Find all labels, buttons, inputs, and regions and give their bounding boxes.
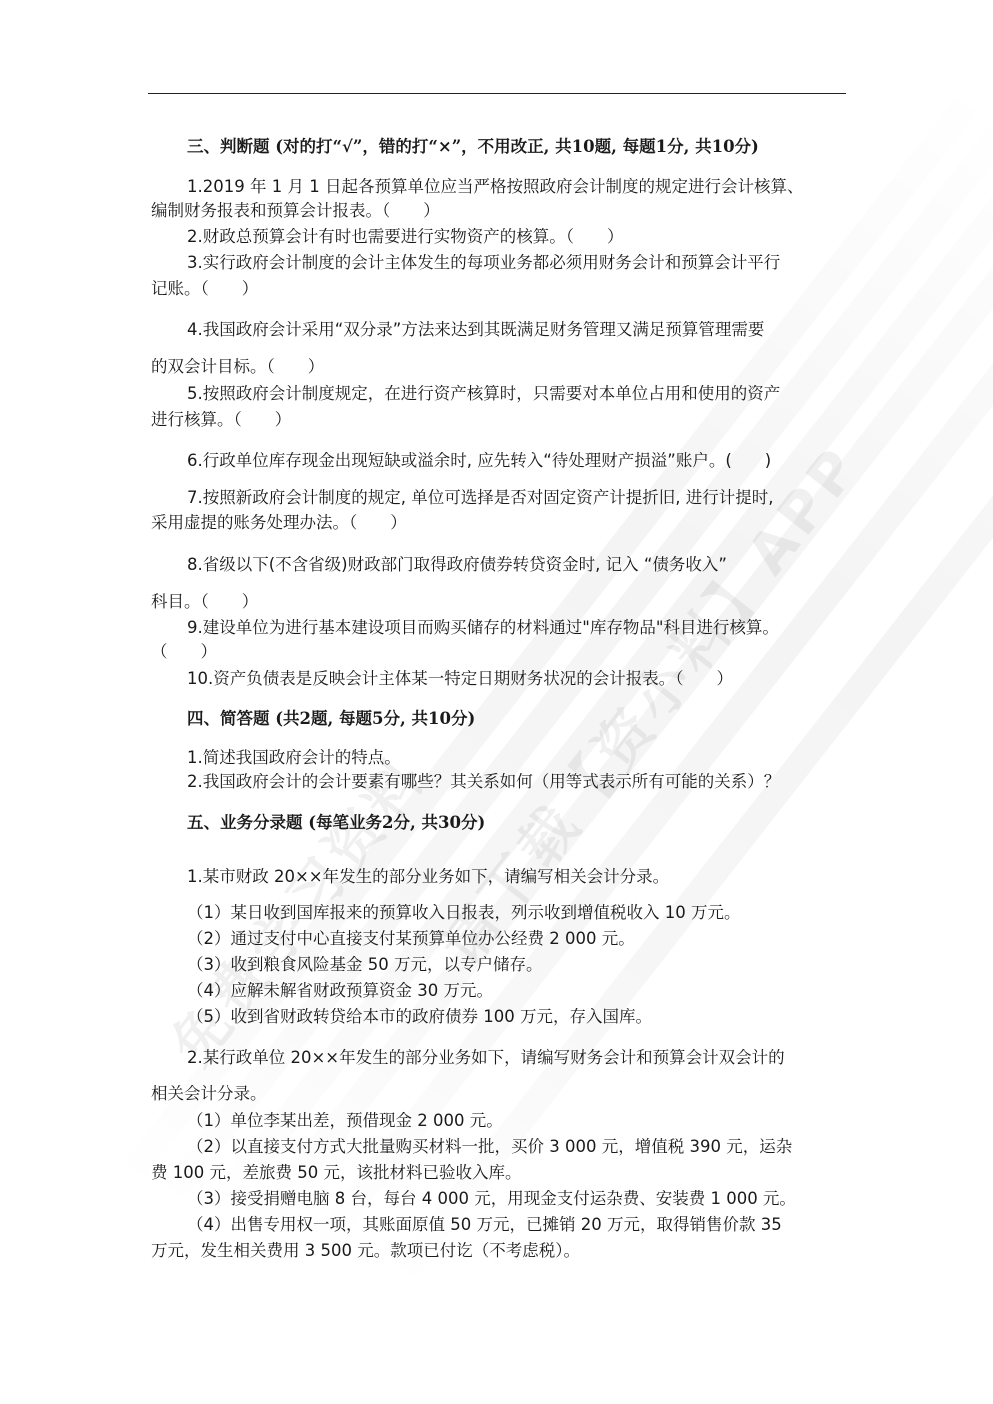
- question-5-line-2: 进行核算。（ ）: [151, 409, 291, 431]
- entry-2-item-3: （3）接受捐赠电脑 8 台，每台 4 000 元，用现金支付运杂费、安装费 1 …: [187, 1188, 796, 1210]
- entry-question-2-line-1: 2.某行政单位 20××年发生的部分业务如下，请编写财务会计和预算会计双会计的: [187, 1047, 785, 1069]
- question-9-line-2: （ ）: [151, 641, 217, 663]
- short-answer-2: 2.我国政府会计的会计要素有哪些？其关系如何（用等式表示所有可能的关系）？: [187, 771, 780, 793]
- section-heading-judgment: 三、判断题 (对的打“√”，错的打“×”，不用改正, 共10题, 每题1分, 共…: [187, 136, 759, 158]
- question-3-line-2: 记账。（ ）: [151, 278, 258, 300]
- question-5-line-1: 5.按照政府会计制度规定，在进行资产核算时，只需要对本单位占用和使用的资产: [187, 383, 780, 405]
- question-3-line-1: 3.实行政府会计制度的会计主体发生的每项业务都必须用财务会计和预算会计平行: [187, 252, 780, 274]
- section-heading-journal-entries: 五、业务分录题 (每笔业务2分, 共30分): [187, 812, 485, 834]
- question-2-line-1: 2.财政总预算会计有时也需要进行实物资产的核算。（ ）: [187, 226, 624, 248]
- entry-2-item-4-line-1: （4）出售专用权一项，其账面原值 50 万元，已摊销 20 万元，取得销售价款 …: [187, 1214, 782, 1236]
- question-1-line-1: 1.2019 年 1 月 1 日起各预算单位应当严格按照政府会计制度的规定进行会…: [187, 176, 803, 198]
- entry-1-item-4: （4）应解未解省财政预算资金 30 万元。: [187, 980, 493, 1002]
- entry-2-item-2-line-2: 费 100 元，差旅费 50 元，该批材料已验收入库。: [151, 1162, 521, 1184]
- question-7-line-2: 采用虚提的账务处理办法。（ ）: [151, 512, 407, 534]
- entry-1-item-3: （3）收到粮食风险基金 50 万元，以专户储存。: [187, 954, 542, 976]
- question-1-line-2: 编制财务报表和预算会计报表。（ ）: [151, 200, 440, 222]
- question-7-line-1: 7.按照新政府会计制度的规定, 单位可选择是否对固定资产计提折旧, 进行计提时,: [187, 487, 773, 509]
- entry-2-item-2-line-1: （2）以直接支付方式大批量购买材料一批，买价 3 000 元，增值税 390 元…: [187, 1136, 792, 1158]
- entry-2-item-4-line-2: 万元，发生相关费用 3 500 元。款项已付讫（不考虑税）。: [151, 1240, 580, 1262]
- question-4-line-1: 4.我国政府会计采用“双分录”方法来达到其既满足财务管理又满足预算管理需要: [187, 319, 764, 341]
- entry-question-1: 1.某市财政 20××年发生的部分业务如下，请编写相关会计分录。: [187, 866, 669, 888]
- question-8-line-2: 科目。（ ）: [151, 591, 258, 613]
- header-rule: [148, 93, 846, 94]
- entry-1-item-1: （1）某日收到国库报来的预算收入日报表，列示收到增值税收入 10 万元。: [187, 902, 740, 924]
- entry-1-item-2: （2）通过支付中心直接支付某预算单位办公经费 2 000 元。: [187, 928, 635, 950]
- question-8-line-1: 8.省级以下(不含省级)财政部门取得政府债券转贷资金时, 记入 “债务收入”: [187, 554, 727, 576]
- question-10-line-1: 10.资产负债表是反映会计主体某一特定日期财务状况的会计报表。（ ）: [187, 668, 733, 690]
- section-heading-short-answer: 四、简答题 (共2题, 每题5分, 共10分): [187, 708, 475, 730]
- entry-question-2-line-2: 相关会计分录。: [151, 1083, 267, 1105]
- question-4-line-2: 的双会计目标。（ ）: [151, 356, 324, 378]
- question-9-line-1: 9.建设单位为进行基本建设项目而购买储存的材料通过"库存物品"科目进行核算。: [187, 617, 779, 639]
- entry-1-item-5: （5）收到省财政转贷给本市的政府债券 100 万元，存入国库。: [187, 1006, 652, 1028]
- question-6-line-1: 6.行政单位库存现金出现短缺或溢余时, 应先转入“待处理财产损溢”账户。( ): [187, 450, 771, 472]
- watermark-text-2: 请下载【资小料】APP: [420, 426, 877, 979]
- short-answer-1: 1.简述我国政府会计的特点。: [187, 747, 401, 769]
- entry-2-item-1: （1）单位李某出差，预借现金 2 000 元。: [187, 1110, 503, 1132]
